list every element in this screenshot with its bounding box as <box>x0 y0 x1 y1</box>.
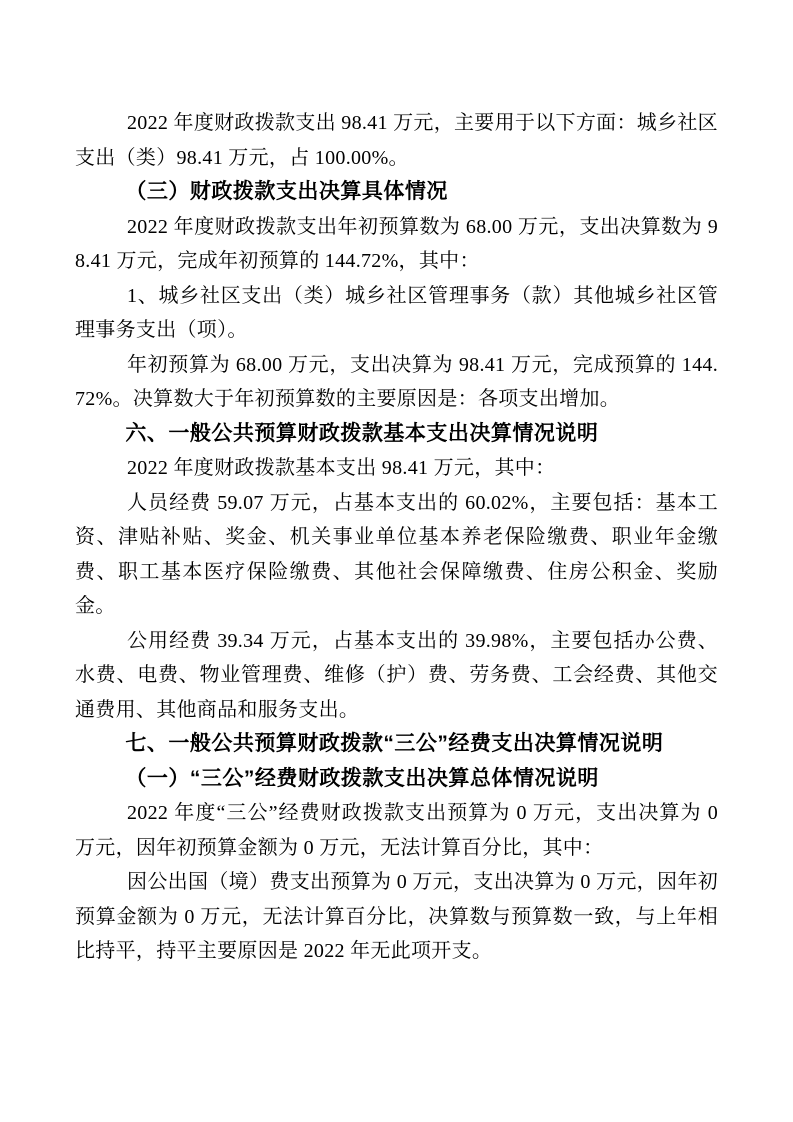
section-heading-7-three-public-funds: 七、一般公共预算财政拨款“三公”经费支出决算情况说明 <box>75 727 718 762</box>
section-heading-6-basic-expenditure: 六、一般公共预算财政拨款基本支出决算情况说明 <box>75 417 718 452</box>
paragraph-public-funds: 公用经费 39.34 万元，占基本支出的 39.98%，主要包括办公费、水费、电… <box>75 624 718 728</box>
paragraph-three-public-overview: 2022 年度“三公”经费财政拨款支出预算为 0 万元，支出决算为 0 万元，因… <box>75 796 718 865</box>
document-content: 2022 年度财政拨款支出 98.41 万元，主要用于以下方面：城乡社区支出（类… <box>75 106 718 969</box>
paragraph-fiscal-expenditure-overview: 2022 年度财政拨款支出 98.41 万元，主要用于以下方面：城乡社区支出（类… <box>75 106 718 175</box>
paragraph-item-1-detail: 年初预算为 68.00 万元，支出决算为 98.41 万元，完成预算的 144.… <box>75 348 718 417</box>
section-heading-3-specific-situation: （三）财政拨款支出决算具体情况 <box>75 175 718 210</box>
paragraph-budget-vs-final: 2022 年度财政拨款支出年初预算数为 68.00 万元，支出决算数为 98.4… <box>75 210 718 279</box>
document-page: 2022 年度财政拨款支出 98.41 万元，主要用于以下方面：城乡社区支出（类… <box>0 0 793 1122</box>
paragraph-basic-expenditure-total: 2022 年度财政拨款基本支出 98.41 万元，其中： <box>75 451 718 486</box>
paragraph-item-1-community-expenditure: 1、城乡社区支出（类）城乡社区管理事务（款）其他城乡社区管理事务支出（项）。 <box>75 279 718 348</box>
section-heading-7-1-overall-situation: （一）“三公”经费财政拨款支出决算总体情况说明 <box>75 762 718 797</box>
paragraph-overseas-travel-expense: 因公出国（境）费支出预算为 0 万元，支出决算为 0 万元，因年初预算金额为 0… <box>75 865 718 969</box>
paragraph-personnel-funds: 人员经费 59.07 万元，占基本支出的 60.02%，主要包括：基本工资、津贴… <box>75 486 718 624</box>
